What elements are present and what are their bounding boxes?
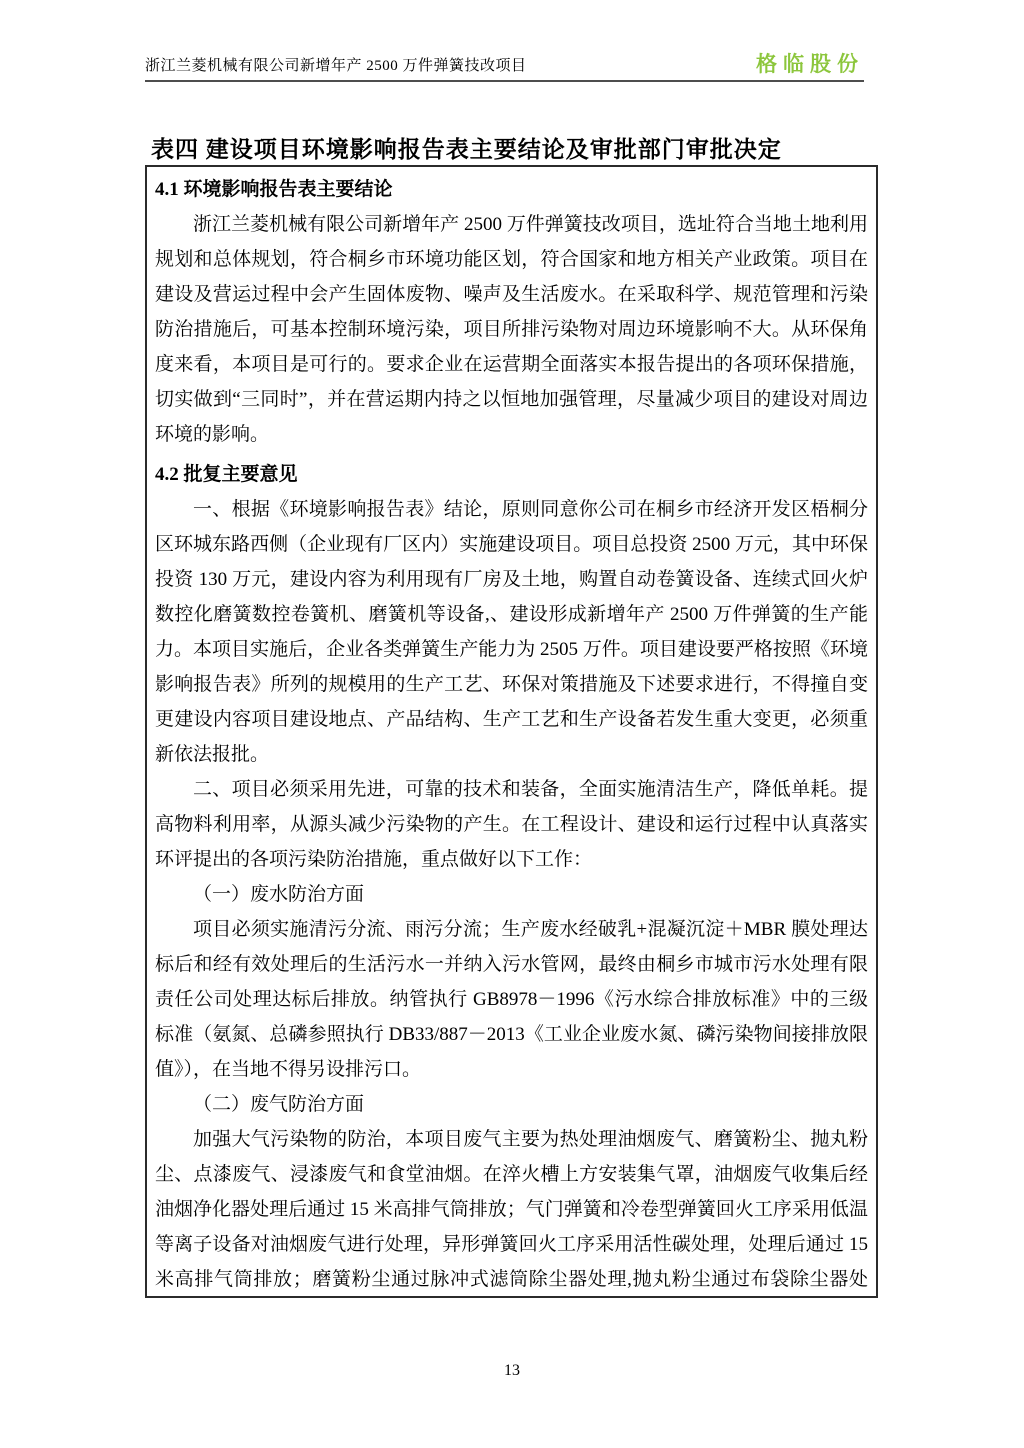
approval-paragraph: 一、根据《环境影响报告表》结论，原则同意你公司在桐乡市经济开发区梧桐分区环城东路…: [155, 492, 868, 772]
page-header: 浙江兰菱机械有限公司新增年产 2500 万件弹簧技改项目 格临股份: [145, 54, 864, 82]
page-number: 13: [0, 1362, 1024, 1380]
header-project-title: 浙江兰菱机械有限公司新增年产 2500 万件弹簧技改项目: [145, 54, 527, 75]
section-4-2-heading: 4.2 批复主要意见: [155, 457, 868, 492]
exhaust-subheading: （二）废气防治方面: [155, 1087, 868, 1122]
section-4-1-conclusion-paragraph: 浙江兰菱机械有限公司新增年产 2500 万件弹簧技改项目，选址符合当地土地利用规…: [155, 207, 868, 452]
table-four-cell: 4.1 环境影响报告表主要结论 浙江兰菱机械有限公司新增年产 2500 万件弹簧…: [145, 165, 878, 1298]
wastewater-subheading: （一）废水防治方面: [155, 877, 868, 912]
document-title: 表四 建设项目环境影响报告表主要结论及审批部门审批决定: [151, 131, 782, 164]
clean-production-paragraph: 二、项目必须采用先进，可靠的技术和装备，全面实施清洁生产，降低单耗。提高物料利用…: [155, 772, 868, 877]
wastewater-paragraph: 项目必须实施清污分流、雨污分流；生产废水经破乳+混凝沉淀＋MBR 膜处理达标后和…: [155, 912, 868, 1087]
document-page: 浙江兰菱机械有限公司新增年产 2500 万件弹簧技改项目 格临股份 表四 建设项…: [0, 0, 1024, 1448]
company-logo: 格临股份: [756, 54, 864, 75]
exhaust-paragraph: 加强大气污染物的防治，本项目废气主要为热处理油烟废气、磨簧粉尘、抛丸粉尘、点漆废…: [155, 1122, 868, 1298]
section-4-1-heading: 4.1 环境影响报告表主要结论: [155, 172, 868, 207]
